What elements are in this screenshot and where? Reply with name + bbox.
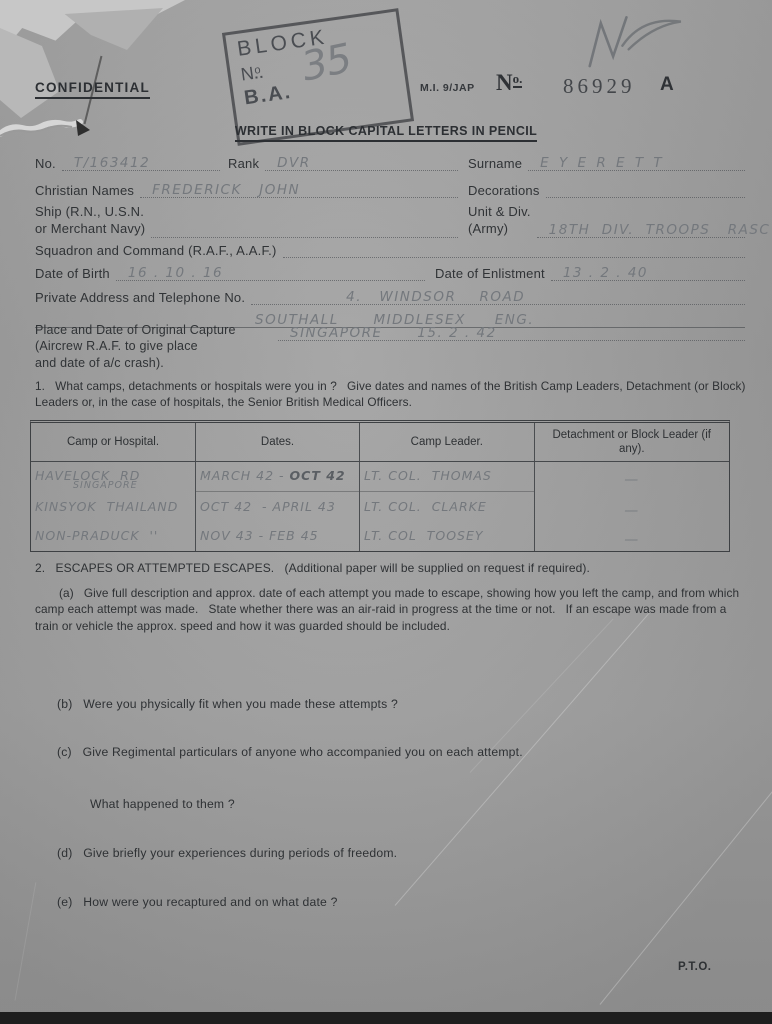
no-label: No. — [35, 156, 56, 171]
camp-value: NON-PRADUCK '' — [35, 528, 191, 543]
field-enlistment: Date of Enlistment 13 . 2 . 40 — [435, 263, 745, 281]
dob-label: Date of Birth — [35, 266, 110, 281]
form-reference: M.I. 9/JAP — [420, 82, 475, 94]
leader-value: LT. COL. CLARKE — [364, 499, 530, 514]
detachment-dash: — — [539, 532, 725, 548]
unit-div-input-line: 18TH DIV. TROOPS RASC — [537, 220, 745, 238]
table-row: NON-PRADUCK '' NOV 43 - FEB 45 LT. COL T… — [31, 522, 729, 551]
capture-label-line1: Place and Date of Original Capture — [35, 322, 272, 338]
field-christian-names: Christian Names FREDERICK JOHN — [35, 180, 458, 198]
ship-label: Ship (R.N., U.S.N. or Merchant Navy) — [35, 204, 145, 238]
serial-o: o. — [513, 71, 523, 88]
dob-input-line: 16 . 10 . 16 — [116, 263, 425, 281]
leader-value: LT. COL. THOMAS — [364, 468, 530, 483]
no-value: T/163412 — [74, 155, 150, 171]
field-rank: Rank DVR — [228, 153, 458, 171]
unit-div-value: 18TH DIV. TROOPS RASC — [549, 222, 771, 238]
torn-corner-layer — [55, 8, 175, 68]
surname-input-line: E Y E R E T T — [528, 153, 745, 171]
rank-label: Rank — [228, 156, 259, 171]
enlistment-value: 13 . 2 . 40 — [563, 265, 648, 281]
enlistment-label: Date of Enlistment — [435, 266, 545, 281]
pencil-scribble-ml — [580, 4, 714, 75]
serial-n: N — [496, 70, 513, 95]
cell-leader: LT. COL. CLARKE — [359, 493, 534, 522]
field-ship: Ship (R.N., U.S.N. or Merchant Navy) — [35, 204, 458, 238]
unit-div-label: Unit & Div. (Army) — [468, 204, 531, 238]
paper-crease — [15, 882, 37, 1000]
field-surname: Surname E Y E R E T T — [468, 153, 745, 171]
serial-number: 86929 — [563, 74, 636, 99]
cell-detachment: — — [534, 462, 729, 493]
row-no-rank-surname: No. T/163412 Rank DVR Surname E Y E R E … — [35, 153, 745, 171]
table-row: HAVELOCK RD SINGAPORE MARCH 42 - OCT 42 … — [31, 462, 729, 493]
surname-label: Surname — [468, 156, 522, 171]
field-unit-div: Unit & Div. (Army) 18TH DIV. TROOPS RASC — [468, 204, 745, 238]
dob-value: 16 . 10 . 16 — [128, 265, 223, 281]
camp-sub-value: SINGAPORE — [73, 480, 191, 491]
dates-value: MARCH 42 - OCT 42 — [200, 468, 355, 483]
field-no: No. T/163412 — [35, 153, 220, 171]
row-ship-unit: Ship (R.N., U.S.N. or Merchant Navy) Uni… — [35, 204, 745, 238]
row-address: Private Address and Telephone No. 4. WIN… — [35, 287, 745, 305]
unit-div-label-line2: (Army) — [468, 221, 531, 238]
no-input-line: T/163412 — [62, 153, 220, 171]
cell-camp: HAVELOCK RD SINGAPORE — [31, 462, 195, 493]
scanned-form-page: CONFIDENTIAL BLOCK No B.A. 35 M.I. 9/JAP… — [0, 0, 772, 1012]
capture-value: SINGAPORE 15. 2 . 42 — [290, 325, 497, 341]
field-decorations: Decorations — [468, 180, 745, 198]
christian-names-value: FREDERICK JOHN — [152, 182, 300, 198]
field-date-of-birth: Date of Birth 16 . 10 . 16 — [35, 263, 425, 281]
cell-detachment: — — [534, 493, 729, 522]
surname-value: E Y E R E T T — [540, 155, 664, 171]
row-squadron: Squadron and Command (R.A.F., A.A.F.) — [35, 240, 745, 258]
row-capture: Place and Date of Original Capture (Airc… — [35, 322, 745, 371]
question-2d-text: (d) Give briefly your experiences during… — [57, 846, 397, 860]
squadron-input-line — [283, 240, 745, 258]
christian-names-input-line: FREDERICK JOHN — [140, 180, 458, 198]
address-label: Private Address and Telephone No. — [35, 290, 245, 305]
dates-part: MARCH 42 - — [200, 468, 290, 483]
binding-string — [0, 108, 100, 152]
cell-camp: NON-PRADUCK '' — [31, 522, 195, 551]
cell-dates: NOV 43 - FEB 45 — [195, 522, 359, 551]
squadron-label: Squadron and Command (R.A.F., A.A.F.) — [35, 243, 277, 258]
christian-names-label: Christian Names — [35, 183, 134, 198]
ship-label-line2: or Merchant Navy) — [35, 221, 145, 238]
capture-label-line2: (Aircrew R.A.F. to give place — [35, 338, 272, 354]
capture-input-line: SINGAPORE 15. 2 . 42 — [278, 323, 745, 341]
ship-label-line1: Ship (R.N., U.S.N. — [35, 204, 145, 221]
decorations-label: Decorations — [468, 183, 540, 198]
serial-no-label: No. — [496, 70, 522, 96]
table-row: KINSYOK THAILAND OCT 42 - APRIL 43 LT. C… — [31, 493, 729, 522]
cell-leader: LT. COL TOOSEY — [359, 522, 534, 551]
rank-input-line: DVR — [265, 153, 458, 171]
form-instruction-text: WRITE IN BLOCK CAPITAL LETTERS IN PENCIL — [235, 124, 537, 142]
address-input-line1: 4. WINDSOR ROAD — [251, 287, 745, 305]
torn-edge — [0, 28, 70, 118]
section-2-heading: 2. ESCAPES OR ATTEMPTED ESCAPES. (Additi… — [35, 560, 747, 577]
detachment-dash: — — [539, 472, 725, 488]
camp-value: KINSYOK THAILAND — [35, 499, 191, 514]
question-2b-text: (b) Were you physically fit when you mad… — [57, 697, 398, 711]
question-2a-text: (a) Give full description and approx. da… — [35, 585, 747, 634]
dates-value: NOV 43 - FEB 45 — [200, 528, 355, 543]
question-1-text: 1. What camps, detachments or hospitals … — [35, 378, 747, 411]
rank-value: DVR — [277, 155, 311, 171]
col-header-detachment: Detachment or Block Leader (if any). — [534, 423, 729, 461]
address-value-line1: 4. WINDSOR ROAD — [346, 289, 525, 305]
question-2c-followup-text: What happened to them ? — [90, 797, 235, 811]
col-header-dates: Dates. — [195, 423, 359, 461]
serial-suffix: A — [660, 74, 674, 96]
decorations-input-line — [546, 180, 745, 198]
detachment-dash: — — [539, 503, 725, 519]
dates-value: OCT 42 - APRIL 43 — [200, 499, 355, 514]
cell-detachment: — — [534, 522, 729, 551]
question-2e-text: (e) How were you recaptured and on what … — [57, 895, 338, 909]
cell-dates: MARCH 42 - OCT 42 — [195, 462, 359, 493]
col-header-leader: Camp Leader. — [359, 423, 534, 461]
cell-leader: LT. COL. THOMAS — [359, 462, 534, 493]
leader-value: LT. COL TOOSEY — [364, 528, 530, 543]
capture-label-line3: and date of a/c crash). — [35, 355, 272, 371]
enlistment-input-line: 13 . 2 . 40 — [551, 263, 745, 281]
unit-div-label-line1: Unit & Div. — [468, 204, 531, 221]
col-header-camp: Camp or Hospital. — [31, 423, 195, 461]
cell-dates: OCT 42 - APRIL 43 — [195, 493, 359, 522]
confidential-label: CONFIDENTIAL — [35, 80, 150, 99]
row-names-decorations: Christian Names FREDERICK JOHN Decoratio… — [35, 180, 745, 198]
page-turn-over-label: P.T.O. — [678, 961, 711, 973]
row-dob-enlistment: Date of Birth 16 . 10 . 16 Date of Enlis… — [35, 263, 745, 281]
stamp-no-o: o — [254, 64, 263, 79]
question-2c-text: (c) Give Regimental particulars of anyon… — [57, 745, 523, 759]
table-header-row: Camp or Hospital. Dates. Camp Leader. De… — [31, 423, 729, 462]
camps-table: Camp or Hospital. Dates. Camp Leader. De… — [30, 420, 730, 552]
dates-bold-part: OCT 42 — [290, 468, 346, 483]
ship-input-line — [151, 220, 458, 238]
capture-label: Place and Date of Original Capture (Airc… — [35, 322, 272, 371]
cell-camp: KINSYOK THAILAND — [31, 493, 195, 522]
form-instruction-heading: WRITE IN BLOCK CAPITAL LETTERS IN PENCIL — [161, 122, 611, 142]
